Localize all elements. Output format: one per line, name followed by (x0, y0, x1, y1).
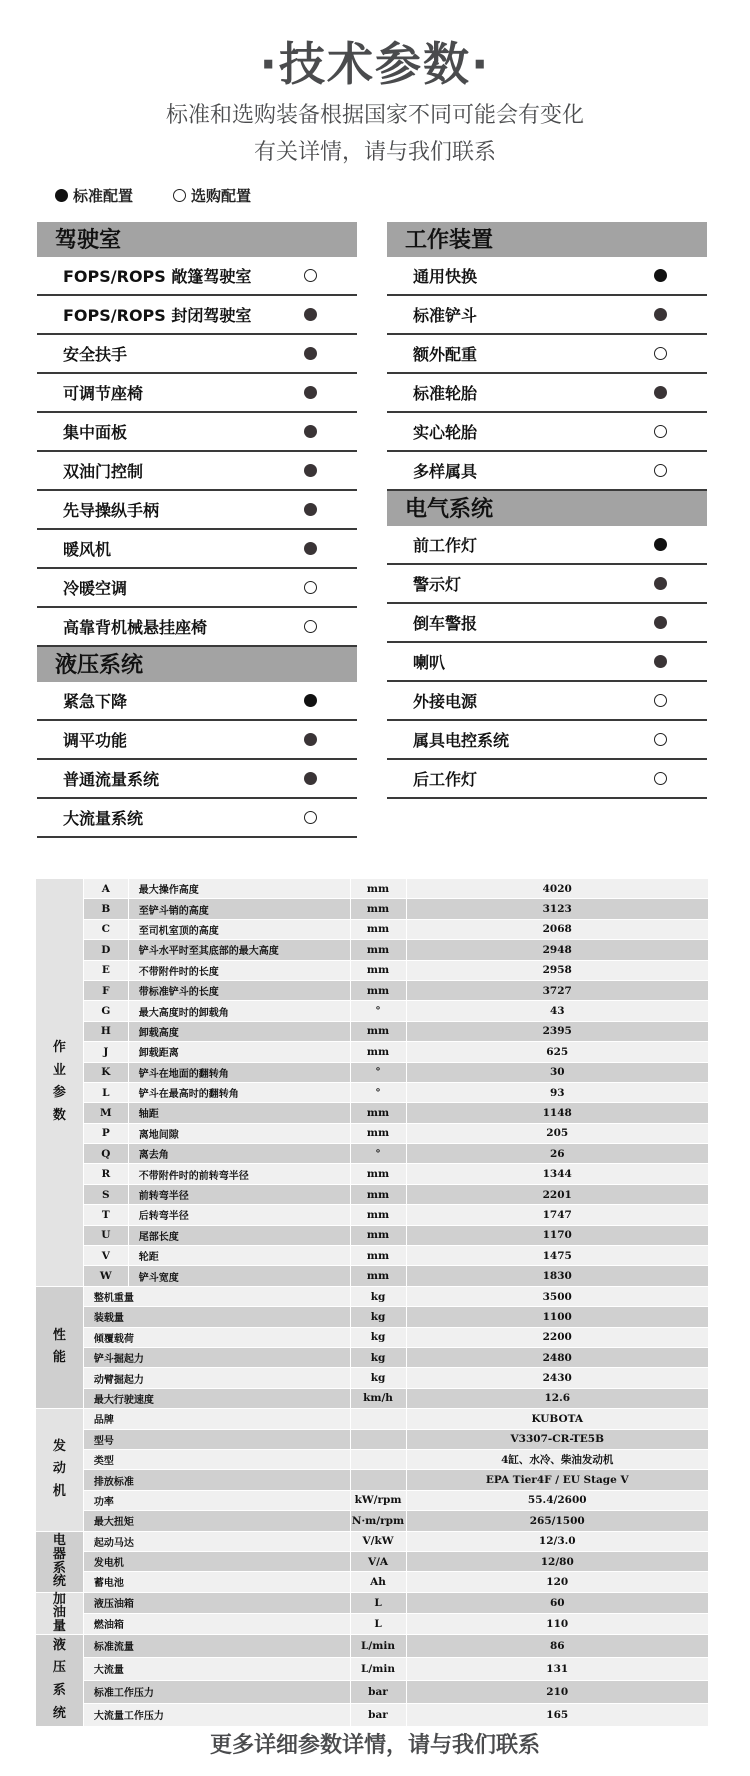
option-label: 可调节座椅 (63, 381, 143, 404)
hollow-circle-icon (654, 694, 667, 707)
hollow-circle-icon (654, 425, 667, 438)
table-row: 装载量kg1100 (36, 1307, 709, 1327)
table-row: B至铲斗销的高度mm3123 (36, 899, 709, 919)
table-row: 标准工作压力bar210 (36, 1680, 709, 1703)
option-row: FOPS/ROPS 敞篷驾驶室 (37, 257, 357, 296)
spec-unit: bar (350, 1703, 406, 1726)
spec-description: 最大操作高度 (128, 879, 350, 899)
dimension-code: K (83, 1062, 128, 1082)
spec-unit: mm (350, 1246, 406, 1266)
spec-description: 液压油箱 (83, 1592, 350, 1613)
spec-unit: ° (350, 1001, 406, 1021)
option-row: 属具电控系统 (387, 721, 707, 760)
table-row: D铲斗水平时至其底部的最大高度mm2948 (36, 940, 709, 960)
table-row: 型号V3307-CR-TE5B (36, 1429, 709, 1449)
hollow-circle-icon (654, 464, 667, 477)
spec-description: 铲斗宽度 (128, 1266, 350, 1286)
spec-description: 类型 (83, 1449, 350, 1469)
table-row: E不带附件时的长度mm2958 (36, 960, 709, 980)
option-label: FOPS/ROPS 封闭驾驶室 (63, 303, 251, 326)
table-row: P离地间隙mm205 (36, 1123, 709, 1143)
option-row: 前工作灯 (387, 526, 707, 565)
spec-description: 至司机室顶的高度 (128, 919, 350, 939)
spec-unit: mm (350, 1103, 406, 1123)
cab-options-list: FOPS/ROPS 敞篷驾驶室FOPS/ROPS 封闭驾驶室安全扶手可调节座椅集… (37, 257, 357, 647)
hollow-circle-icon (304, 269, 317, 282)
group-label: 作业参数 (36, 879, 84, 1287)
spec-description: 轮距 (128, 1246, 350, 1266)
spec-unit: V/A (350, 1551, 406, 1571)
dimension-code: U (83, 1225, 128, 1245)
spec-value: 1475 (406, 1246, 709, 1266)
spec-description: 型号 (83, 1429, 350, 1449)
spec-unit: L/min (350, 1657, 406, 1680)
hollow-circle-icon (304, 811, 317, 824)
spec-unit: mm (350, 1225, 406, 1245)
group-label: 发动机 (36, 1409, 84, 1531)
option-row: 外接电源 (387, 682, 707, 721)
spec-description: 装载量 (83, 1307, 350, 1327)
table-row: 功率kW/rpm55.4/2600 (36, 1490, 709, 1510)
hydraulic-options-list: 紧急下降调平功能普通流量系统大流量系统 (37, 682, 357, 838)
table-row: K铲斗在地面的翻转角°30 (36, 1062, 709, 1082)
option-label: 多样属具 (413, 459, 477, 482)
spec-description: 最大行驶速度 (83, 1388, 350, 1408)
electrical-options-list: 前工作灯警示灯倒车警报喇叭外接电源属具电控系统后工作灯 (387, 526, 707, 799)
option-row: 冷暖空调 (37, 569, 357, 608)
option-label: 实心轮胎 (413, 420, 477, 443)
dimension-code: T (83, 1205, 128, 1225)
filled-circle-icon (654, 655, 667, 668)
options-column-right: 工作装置 通用快换标准铲斗额外配重标准轮胎实心轮胎多样属具 电气系统 前工作灯警… (387, 222, 707, 799)
spec-value: 4020 (406, 879, 709, 899)
spec-unit: kW/rpm (350, 1490, 406, 1510)
option-label: 安全扶手 (63, 342, 127, 365)
filled-circle-icon (304, 503, 317, 516)
option-row: 多样属具 (387, 452, 707, 491)
spec-value: 3123 (406, 899, 709, 919)
filled-circle-icon (654, 386, 667, 399)
spec-unit: mm (350, 1205, 406, 1225)
spec-unit: Ah (350, 1572, 406, 1592)
spec-table: 作业参数A最大操作高度mm4020B至铲斗销的高度mm3123C至司机室顶的高度… (35, 878, 709, 1727)
spec-value: 205 (406, 1123, 709, 1143)
spec-value: 2200 (406, 1327, 709, 1347)
option-label: 后工作灯 (413, 767, 477, 790)
spec-description: 铲斗掘起力 (83, 1347, 350, 1367)
option-label: 前工作灯 (413, 533, 477, 556)
option-label: 高靠背机械悬挂座椅 (63, 615, 207, 638)
spec-value: 1344 (406, 1164, 709, 1184)
spec-description: 动臂掘起力 (83, 1368, 350, 1388)
option-row: 大流量系统 (37, 799, 357, 838)
dimension-code: R (83, 1164, 128, 1184)
spec-value: 1148 (406, 1103, 709, 1123)
spec-value: 55.4/2600 (406, 1490, 709, 1510)
spec-description: 最大扭矩 (83, 1511, 350, 1531)
spec-description: 离地间隙 (128, 1123, 350, 1143)
spec-unit: mm (350, 1042, 406, 1062)
spec-description: 品牌 (83, 1409, 350, 1429)
hollow-circle-icon (654, 347, 667, 360)
spec-value: 1100 (406, 1307, 709, 1327)
spec-unit: ° (350, 1144, 406, 1164)
spec-unit: N·m/rpm (350, 1511, 406, 1531)
dimension-code: W (83, 1266, 128, 1286)
table-row: 液压系统标准流量L/min86 (36, 1634, 709, 1657)
spec-value: 12/80 (406, 1551, 709, 1571)
filled-circle-icon (304, 386, 317, 399)
table-row: W铲斗宽度mm1830 (36, 1266, 709, 1286)
filled-circle-icon (304, 425, 317, 438)
spec-unit: V/kW (350, 1531, 406, 1551)
table-row: 作业参数A最大操作高度mm4020 (36, 879, 709, 899)
group-label: 加油量 (36, 1592, 84, 1634)
spec-description: 铲斗水平时至其底部的最大高度 (128, 940, 350, 960)
dimension-code: M (83, 1103, 128, 1123)
spec-unit (350, 1429, 406, 1449)
group-label: 电器系统 (36, 1531, 84, 1592)
spec-value: 30 (406, 1062, 709, 1082)
option-row: 暖风机 (37, 530, 357, 569)
option-row: 调平功能 (37, 721, 357, 760)
dimension-code: Q (83, 1144, 128, 1164)
option-row: 集中面板 (37, 413, 357, 452)
dimension-code: J (83, 1042, 128, 1062)
dimension-code: E (83, 960, 128, 980)
spec-description: 带标准铲斗的长度 (128, 980, 350, 1000)
filled-circle-icon (654, 538, 667, 551)
spec-unit (350, 1409, 406, 1429)
spec-value: 1747 (406, 1205, 709, 1225)
table-row: V轮距mm1475 (36, 1246, 709, 1266)
filled-circle-icon (304, 542, 317, 555)
spec-description: 起动马达 (83, 1531, 350, 1551)
option-label: 大流量系统 (63, 806, 143, 829)
hollow-circle-icon (304, 620, 317, 633)
spec-description: 铲斗在地面的翻转角 (128, 1062, 350, 1082)
option-row: 倒车警报 (387, 604, 707, 643)
table-row: 发动机品牌KUBOTA (36, 1409, 709, 1429)
option-label: 标准轮胎 (413, 381, 477, 404)
option-row: 高靠背机械悬挂座椅 (37, 608, 357, 647)
option-label: 紧急下降 (63, 689, 127, 712)
spec-description: 大流量 (83, 1657, 350, 1680)
spec-description: 标准流量 (83, 1634, 350, 1657)
legend-standard-label: 标准配置 (73, 185, 133, 206)
spec-unit: mm (350, 980, 406, 1000)
spec-value: 131 (406, 1657, 709, 1680)
spec-description: 至铲斗销的高度 (128, 899, 350, 919)
filled-circle-icon (304, 733, 317, 746)
spec-unit: mm (350, 960, 406, 980)
option-label: 倒车警报 (413, 611, 477, 634)
spec-value: 110 (406, 1613, 709, 1634)
spec-unit: kg (350, 1327, 406, 1347)
section-header-hydraulic: 液压系统 (37, 647, 357, 682)
spec-unit: mm (350, 1164, 406, 1184)
option-label: 冷暖空调 (63, 576, 127, 599)
subtitle-line-1: 标准和选购装备根据国家不同可能会有变化 (0, 98, 750, 129)
table-row: G最大高度时的卸载角°43 (36, 1001, 709, 1021)
spec-value: 86 (406, 1634, 709, 1657)
spec-value: V3307-CR-TE5B (406, 1429, 709, 1449)
dimension-code: L (83, 1082, 128, 1102)
option-row: 额外配重 (387, 335, 707, 374)
spec-value: 265/1500 (406, 1511, 709, 1531)
option-label: 普通流量系统 (63, 767, 159, 790)
table-row: L铲斗在最高时的翻转角°93 (36, 1082, 709, 1102)
spec-value: 26 (406, 1144, 709, 1164)
spec-unit: mm (350, 940, 406, 960)
filled-circle-icon (654, 308, 667, 321)
spec-value: 210 (406, 1680, 709, 1703)
spec-unit: mm (350, 919, 406, 939)
option-row: FOPS/ROPS 封闭驾驶室 (37, 296, 357, 335)
table-row: 大流量工作压力bar165 (36, 1703, 709, 1726)
hollow-circle-icon (654, 772, 667, 785)
option-label: 外接电源 (413, 689, 477, 712)
spec-description: 卸载距离 (128, 1042, 350, 1062)
spec-unit: mm (350, 879, 406, 899)
option-row: 普通流量系统 (37, 760, 357, 799)
table-row: U尾部长度mm1170 (36, 1225, 709, 1245)
spec-unit: bar (350, 1680, 406, 1703)
filled-circle-icon (654, 616, 667, 629)
option-row: 可调节座椅 (37, 374, 357, 413)
dimension-code: P (83, 1123, 128, 1143)
option-label: 先导操纵手柄 (63, 498, 159, 521)
spec-description: 燃油箱 (83, 1613, 350, 1634)
dimension-code: H (83, 1021, 128, 1041)
spec-unit: kg (350, 1368, 406, 1388)
option-row: 后工作灯 (387, 760, 707, 799)
table-row: R不带附件时的前转弯半径mm1344 (36, 1164, 709, 1184)
dimension-code: V (83, 1246, 128, 1266)
spec-unit: mm (350, 1266, 406, 1286)
spec-description: 后转弯半径 (128, 1205, 350, 1225)
spec-unit: mm (350, 1021, 406, 1041)
spec-value: 4缸、水冷、柴油发动机 (406, 1449, 709, 1469)
filled-circle-icon (304, 772, 317, 785)
filled-circle-icon (304, 464, 317, 477)
table-row: 电器系统起动马达V/kW12/3.0 (36, 1531, 709, 1551)
spec-description: 大流量工作压力 (83, 1703, 350, 1726)
footer-contact-text: 更多详细参数详情，请与我们联系 (0, 1728, 750, 1759)
legend-optional-label: 选购配置 (191, 185, 251, 206)
dimension-code: F (83, 980, 128, 1000)
option-row: 双油门控制 (37, 452, 357, 491)
spec-value: 1830 (406, 1266, 709, 1286)
table-row: 铲斗掘起力kg2480 (36, 1347, 709, 1367)
table-row: S前转弯半径mm2201 (36, 1184, 709, 1204)
spec-unit: L (350, 1613, 406, 1634)
option-label: 喇叭 (413, 650, 445, 673)
spec-description: 前转弯半径 (128, 1184, 350, 1204)
spec-value: 2395 (406, 1021, 709, 1041)
option-row: 通用快换 (387, 257, 707, 296)
table-row: 燃油箱L110 (36, 1613, 709, 1634)
spec-unit: L/min (350, 1634, 406, 1657)
table-row: F带标准铲斗的长度mm3727 (36, 980, 709, 1000)
option-row: 紧急下降 (37, 682, 357, 721)
section-header-electrical: 电气系统 (387, 491, 707, 526)
table-row: 倾覆载荷kg2200 (36, 1327, 709, 1347)
option-label: 调平功能 (63, 728, 127, 751)
spec-unit: mm (350, 1184, 406, 1204)
table-row: 加油量液压油箱L60 (36, 1592, 709, 1613)
page-title: ·技术参数· (0, 28, 750, 94)
spec-description: 标准工作压力 (83, 1680, 350, 1703)
spec-description: 轴距 (128, 1103, 350, 1123)
spec-value: 165 (406, 1703, 709, 1726)
spec-description: 最大高度时的卸载角 (128, 1001, 350, 1021)
section-header-cab: 驾驶室 (37, 222, 357, 257)
spec-description: 排放标准 (83, 1470, 350, 1490)
group-label: 液压系统 (36, 1634, 84, 1726)
spec-unit: ° (350, 1062, 406, 1082)
work-equipment-options-list: 通用快换标准铲斗额外配重标准轮胎实心轮胎多样属具 (387, 257, 707, 491)
dimension-code: D (83, 940, 128, 960)
spec-description: 功率 (83, 1490, 350, 1510)
spec-value: 2480 (406, 1347, 709, 1367)
spec-description: 铲斗在最高时的翻转角 (128, 1082, 350, 1102)
option-label: FOPS/ROPS 敞篷驾驶室 (63, 264, 251, 287)
legend: 标准配置 选购配置 (55, 185, 251, 206)
option-label: 集中面板 (63, 420, 127, 443)
spec-description: 离去角 (128, 1144, 350, 1164)
hollow-circle-icon (173, 189, 186, 202)
table-row: M轴距mm1148 (36, 1103, 709, 1123)
table-row: 类型4缸、水冷、柴油发动机 (36, 1449, 709, 1469)
spec-unit: kg (350, 1347, 406, 1367)
spec-value: 60 (406, 1592, 709, 1613)
spec-unit (350, 1470, 406, 1490)
spec-value: 120 (406, 1572, 709, 1592)
spec-value: 2430 (406, 1368, 709, 1388)
option-label: 通用快换 (413, 264, 477, 287)
spec-unit: mm (350, 1123, 406, 1143)
option-row: 警示灯 (387, 565, 707, 604)
subtitle-line-2: 有关详情，请与我们联系 (0, 135, 750, 166)
option-row: 先导操纵手柄 (37, 491, 357, 530)
table-row: Q离去角°26 (36, 1144, 709, 1164)
table-row: 最大扭矩N·m/rpm265/1500 (36, 1511, 709, 1531)
spec-unit: kg (350, 1307, 406, 1327)
table-row: J卸载距离mm625 (36, 1042, 709, 1062)
spec-unit: km/h (350, 1388, 406, 1408)
table-row: 发电机V/A12/80 (36, 1551, 709, 1571)
option-row: 标准铲斗 (387, 296, 707, 335)
filled-circle-icon (304, 347, 317, 360)
spec-unit: mm (350, 899, 406, 919)
spec-description: 卸载高度 (128, 1021, 350, 1041)
table-row: T后转弯半径mm1747 (36, 1205, 709, 1225)
spec-value: 93 (406, 1082, 709, 1102)
spec-unit: ° (350, 1082, 406, 1102)
spec-value: 2068 (406, 919, 709, 939)
spec-value: 625 (406, 1042, 709, 1062)
option-row: 安全扶手 (37, 335, 357, 374)
spec-value: 2948 (406, 940, 709, 960)
option-label: 属具电控系统 (413, 728, 509, 751)
option-label: 双油门控制 (63, 459, 143, 482)
spec-value: EPA Tier4F / EU Stage V (406, 1470, 709, 1490)
spec-value: 2201 (406, 1184, 709, 1204)
table-row: C至司机室顶的高度mm2068 (36, 919, 709, 939)
spec-value: 3500 (406, 1286, 709, 1306)
table-row: 排放标准EPA Tier4F / EU Stage V (36, 1470, 709, 1490)
spec-description: 发电机 (83, 1551, 350, 1571)
spec-value: KUBOTA (406, 1409, 709, 1429)
spec-description: 不带附件时的前转弯半径 (128, 1164, 350, 1184)
option-label: 额外配重 (413, 342, 477, 365)
group-label: 性能 (36, 1286, 84, 1408)
spec-value: 1170 (406, 1225, 709, 1245)
table-row: 性能整机重量kg3500 (36, 1286, 709, 1306)
spec-description: 蓄电池 (83, 1572, 350, 1592)
filled-circle-icon (304, 308, 317, 321)
filled-circle-icon (55, 189, 68, 202)
spec-description: 尾部长度 (128, 1225, 350, 1245)
spec-unit: kg (350, 1286, 406, 1306)
spec-value: 12.6 (406, 1388, 709, 1408)
spec-unit (350, 1449, 406, 1469)
option-label: 标准铲斗 (413, 303, 477, 326)
spec-description: 倾覆载荷 (83, 1327, 350, 1347)
table-row: 最大行驶速度km/h12.6 (36, 1388, 709, 1408)
spec-value: 12/3.0 (406, 1531, 709, 1551)
dimension-code: A (83, 879, 128, 899)
dimension-code: C (83, 919, 128, 939)
spec-value: 43 (406, 1001, 709, 1021)
dimension-code: B (83, 899, 128, 919)
option-row: 喇叭 (387, 643, 707, 682)
spec-value: 2958 (406, 960, 709, 980)
section-header-work-equipment: 工作装置 (387, 222, 707, 257)
legend-standard: 标准配置 (55, 185, 133, 206)
spec-value: 3727 (406, 980, 709, 1000)
option-label: 暖风机 (63, 537, 111, 560)
option-row: 标准轮胎 (387, 374, 707, 413)
table-row: H卸载高度mm2395 (36, 1021, 709, 1041)
table-row: 大流量L/min131 (36, 1657, 709, 1680)
spec-description: 整机重量 (83, 1286, 350, 1306)
filled-circle-icon (304, 694, 317, 707)
options-column-left: 驾驶室 FOPS/ROPS 敞篷驾驶室FOPS/ROPS 封闭驾驶室安全扶手可调… (37, 222, 357, 838)
filled-circle-icon (654, 577, 667, 590)
option-row: 实心轮胎 (387, 413, 707, 452)
table-row: 动臂掘起力kg2430 (36, 1368, 709, 1388)
dimension-code: G (83, 1001, 128, 1021)
legend-optional: 选购配置 (173, 185, 251, 206)
table-row: 蓄电池Ah120 (36, 1572, 709, 1592)
option-label: 警示灯 (413, 572, 461, 595)
filled-circle-icon (654, 269, 667, 282)
hollow-circle-icon (654, 733, 667, 746)
spec-unit: L (350, 1592, 406, 1613)
dimension-code: S (83, 1184, 128, 1204)
hollow-circle-icon (304, 581, 317, 594)
spec-description: 不带附件时的长度 (128, 960, 350, 980)
